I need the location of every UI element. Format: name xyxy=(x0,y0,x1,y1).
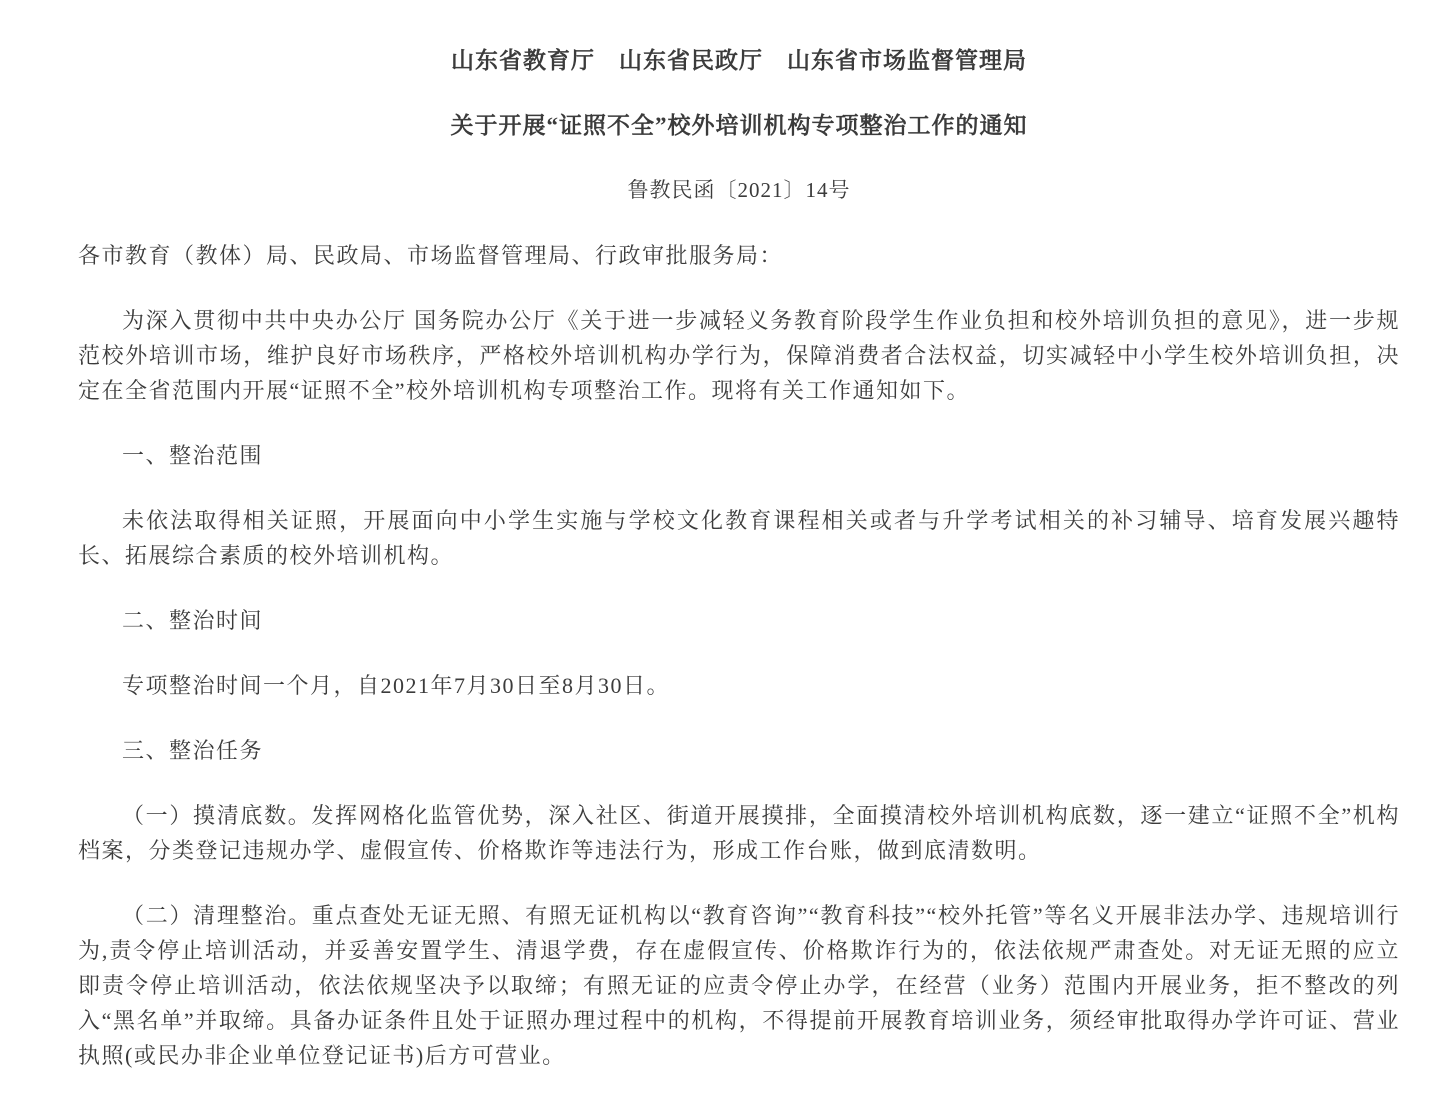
paragraph-scope: 未依法取得相关证照，开展面向中小学生实施与学校文化教育课程相关或者与升学考试相关… xyxy=(78,503,1400,573)
document-body: 各市教育（教体）局、民政局、市场监督管理局、行政审批服务局： 为深入贯彻中共中央… xyxy=(78,238,1400,1073)
paragraph-task-cleanup: （二）清理整治。重点查处无证无照、有照无证机构以“教育咨询”“教育科技”“校外托… xyxy=(78,898,1400,1073)
document-title: 关于开展“证照不全”校外培训机构专项整治工作的通知 xyxy=(78,108,1400,143)
salutation-line: 各市教育（教体）局、民政局、市场监督管理局、行政审批服务局： xyxy=(78,238,1400,273)
paragraph-intro: 为深入贯彻中共中央办公厅 国务院办公厅《关于进一步减轻义务教育阶段学生作业负担和… xyxy=(78,303,1400,408)
section-heading-scope: 一、整治范围 xyxy=(78,438,1400,473)
notice-document: 山东省教育厅 山东省民政厅 山东省市场监督管理局 关于开展“证照不全”校外培训机… xyxy=(0,0,1450,1097)
section-heading-time: 二、整治时间 xyxy=(78,603,1400,638)
document-number: 鲁教民函〔2021〕14号 xyxy=(78,173,1400,208)
issuing-agencies-line: 山东省教育厅 山东省民政厅 山东省市场监督管理局 xyxy=(78,43,1400,78)
document-header: 山东省教育厅 山东省民政厅 山东省市场监督管理局 关于开展“证照不全”校外培训机… xyxy=(78,43,1400,208)
section-heading-tasks: 三、整治任务 xyxy=(78,733,1400,768)
paragraph-time: 专项整治时间一个月，自2021年7月30日至8月30日。 xyxy=(78,668,1400,703)
paragraph-task-survey: （一）摸清底数。发挥网格化监管优势，深入社区、街道开展摸排，全面摸清校外培训机构… xyxy=(78,798,1400,868)
